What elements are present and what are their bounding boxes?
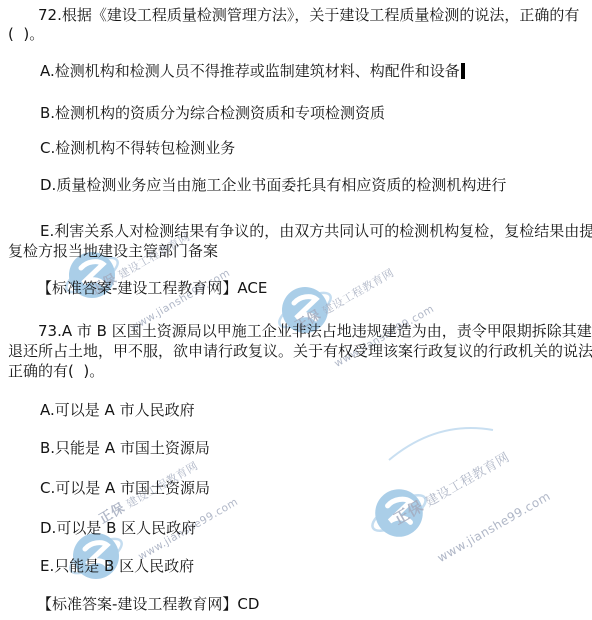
- q72-option-d: D.质量检测业务应当由施工企业书面委托具有相应资质的检测机构进行: [40, 177, 506, 194]
- watermark-site: 建设工程教育网: [320, 266, 396, 318]
- watermark-site: 建设工程教育网: [423, 450, 512, 510]
- exam-document-page: 正保 建设工程教育网 www.jianshe99.com 正保 建设工程教育网 …: [0, 0, 592, 620]
- q72-option-a-text: A.检测机构和检测人员不得推荐或监制建筑材料、构配件和设备: [40, 62, 460, 80]
- q72-option-b: B.检测机构的资质分为综合检测资质和专项检测资质: [40, 105, 385, 122]
- q73-answer: 【标准答案-建设工程教育网】CD: [37, 596, 259, 613]
- q72-stem-line-1: 72.根据《建设工程质量检测管理方法》，关于建设工程质量检测的说法，正确的有: [38, 7, 579, 24]
- q73-option-c: C.可以是 A 市国土资源局: [40, 480, 210, 497]
- q73-stem-line-1: 73.A 市 B 区国土资源局以甲施工企业非法占地违规建造为由，责令甲限期拆除其…: [38, 323, 592, 340]
- q72-answer: 【标准答案-建设工程教育网】ACE: [37, 280, 267, 297]
- q72-stem-line-2: ( )。: [8, 26, 44, 43]
- q73-option-b: B.只能是 A 市国土资源局: [40, 440, 210, 457]
- q72-option-e-line-2: 复检方报当地建设主管部门备案: [8, 243, 218, 260]
- q73-option-d: D.可以是 B 区人民政府: [40, 520, 196, 537]
- q73-option-e: E.只能是 B 区人民政府: [40, 558, 194, 575]
- q72-option-e-line-1: E.利害关系人对检测结果有争议的，由双方共同认可的检测机构复检，复检结果由提出: [40, 223, 592, 240]
- q73-stem-line-3: 正确的有( )。: [8, 363, 104, 380]
- watermark-brand: 正保: [391, 497, 427, 528]
- q72-option-c: C.检测机构不得转包检测业务: [40, 140, 235, 157]
- q73-stem-line-2: 退还所占土地，甲不服，欲申请行政复议。关于有权受理该案行政复议的行政机关的说法，: [8, 343, 592, 360]
- watermark-url: www.jianshe99.com: [319, 303, 436, 378]
- q72-option-a: A.检测机构和检测人员不得推荐或监制建筑材料、构配件和设备: [40, 63, 465, 80]
- text-cursor: [461, 63, 465, 79]
- q73-option-a: A.可以是 A 市人民政府: [40, 402, 195, 419]
- watermark-text: 正保 建设工程教育网 www.jianshe99.com: [272, 221, 456, 411]
